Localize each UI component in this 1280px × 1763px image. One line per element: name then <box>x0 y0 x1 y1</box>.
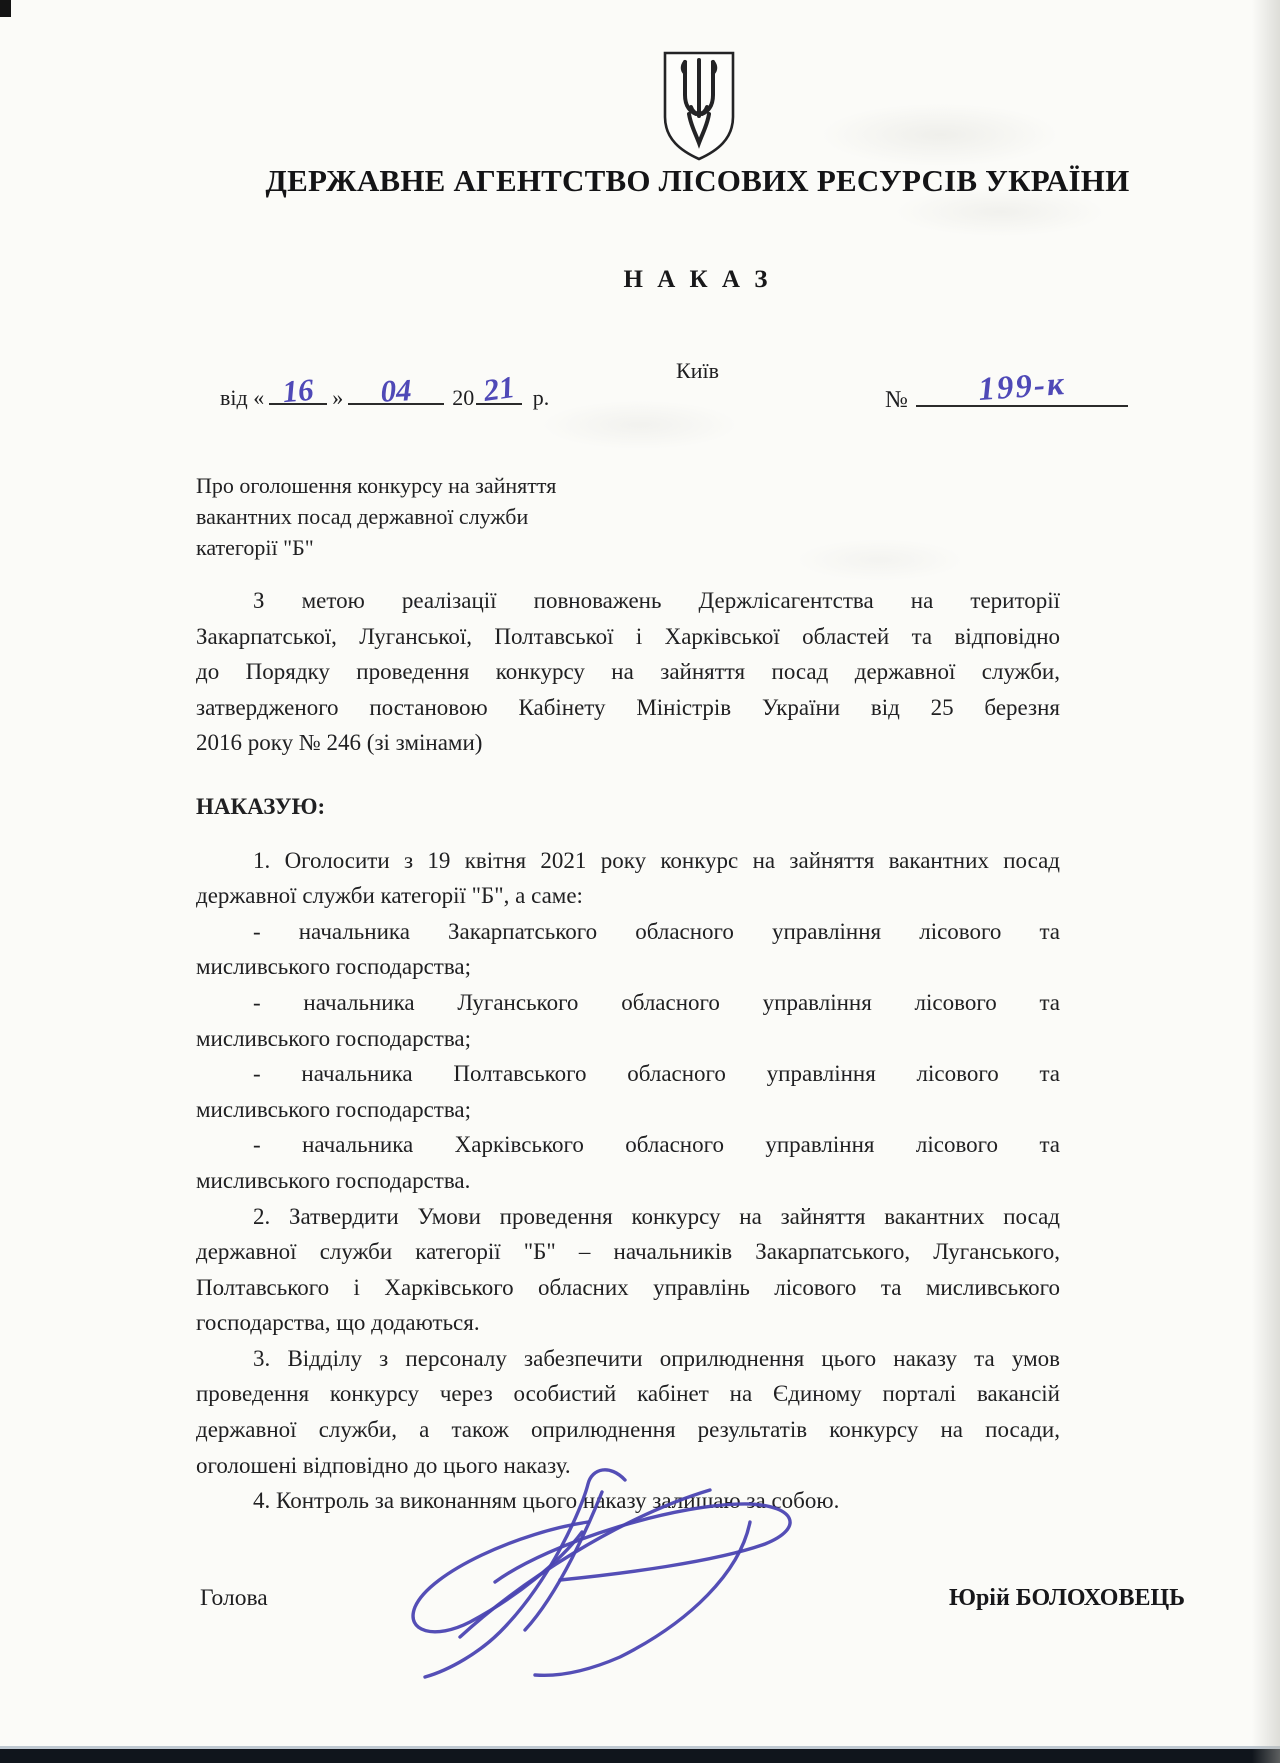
subject-line: категорії "Б" <box>196 532 556 563</box>
number-sign: № <box>885 387 908 413</box>
body-line: 3. Відділу з персоналу забезпечити оприл… <box>196 1341 1060 1377</box>
date-line: від «16»042021 р. <box>220 378 549 411</box>
date-month-blank: 04 <box>348 378 444 405</box>
subject-line: вакантних посад державної служби <box>196 501 556 532</box>
handwritten-number: 199-к <box>977 368 1066 407</box>
body-line: державної служби категорії "Б", а саме: <box>196 878 1060 914</box>
document-number-line: №199-к <box>885 380 1133 414</box>
body-line: державної служби категорії "Б" – начальн… <box>196 1234 1060 1270</box>
signer-name: Юрій БОЛОХОВЕЦЬ <box>949 1585 1185 1612</box>
ukraine-trident-emblem <box>660 50 738 164</box>
number-blank: 199-к <box>916 380 1128 407</box>
body-line: 2016 року № 246 (зі змінами) <box>196 725 1060 761</box>
order-body-text: З метою реалізації повноважень Держлісаг… <box>196 583 1060 1519</box>
scan-bottom-edge <box>0 1746 1280 1763</box>
body-line: Закарпатської, Луганської, Полтавської і… <box>196 619 1060 655</box>
organization-name: ДЕРЖАВНЕ АГЕНТСТВО ЛІСОВИХ РЕСУРСІВ УКРА… <box>115 163 1280 199</box>
date-suffix: р. <box>533 385 550 410</box>
body-line: державної служби, а також оприлюднення р… <box>196 1412 1060 1448</box>
body-line: мисливського господарства; <box>196 1021 1060 1057</box>
body-line: проведення конкурсу через особистий кабі… <box>196 1376 1060 1412</box>
scanned-order-document: ДЕРЖАВНЕ АГЕНТСТВО ЛІСОВИХ РЕСУРСІВ УКРА… <box>0 0 1280 1763</box>
handwritten-month: 04 <box>380 374 413 407</box>
body-line: - начальника Полтавського обласного упра… <box>196 1056 1060 1092</box>
date-century: 20 <box>452 385 474 410</box>
document-type-title: Н А К А З <box>115 266 1280 294</box>
date-day-blank: 16 <box>269 378 327 405</box>
body-line: мисливського господарства; <box>196 949 1060 985</box>
order-keyword: НАКАЗУЮ: <box>196 789 1060 825</box>
signature-scribble <box>320 1462 820 1702</box>
body-line: господарства, що додаються. <box>196 1305 1060 1341</box>
body-line: 1. Оголосити з 19 квітня 2021 року конку… <box>196 843 1060 879</box>
date-year-blank: 21 <box>476 378 522 405</box>
subject-block: Про оголошення конкурсу на зайняття вака… <box>196 470 556 563</box>
signer-position: Голова <box>200 1585 268 1612</box>
body-line: - начальника Закарпатського обласного уп… <box>196 914 1060 950</box>
handwritten-day: 16 <box>281 374 315 408</box>
body-line: мисливського господарства. <box>196 1163 1060 1199</box>
body-line: 2. Затвердити Умови проведення конкурсу … <box>196 1199 1060 1235</box>
subject-line: Про оголошення конкурсу на зайняття <box>196 470 556 501</box>
handwritten-year: 21 <box>482 371 517 406</box>
date-prefix: від « <box>220 385 264 410</box>
body-line: - начальника Харківського обласного упра… <box>196 1127 1060 1163</box>
scan-corner-artifact <box>0 0 11 17</box>
body-line: З метою реалізації повноважень Держлісаг… <box>196 583 1060 619</box>
body-line: затвердженого постановою Кабінету Мініст… <box>196 690 1060 726</box>
body-line: до Порядку проведення конкурсу на зайнят… <box>196 654 1060 690</box>
body-line: Полтавського і Харківського обласних упр… <box>196 1270 1060 1306</box>
date-close-quote: » <box>332 385 343 410</box>
body-line: - начальника Луганського обласного управ… <box>196 985 1060 1021</box>
body-line: мисливського господарства; <box>196 1092 1060 1128</box>
